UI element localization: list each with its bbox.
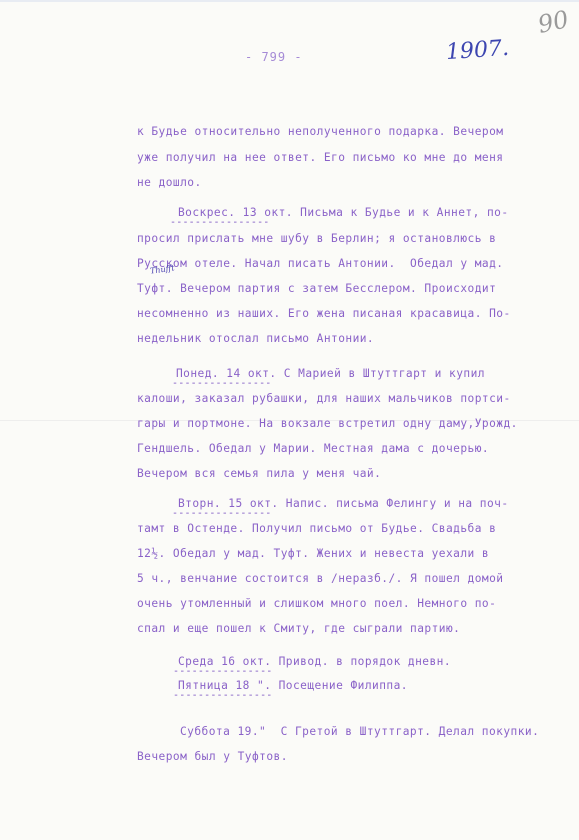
heading-underline: ---------------- [172,508,272,519]
heading-underline: ---------------- [173,666,273,677]
scan-top-edge [0,0,579,2]
text-line: калоши, заказал рубашки, для наших мальч… [137,392,511,405]
text-line: недельник отослал письмо Антонии. [137,332,374,345]
text-line: Вечером вся семья пила у меня чай. [137,467,381,480]
text-line: 12½. Обедал у мад. Туфт. Жених и невеста… [137,547,489,560]
text-line: тамт в Остенде. Получил письмо от Будье.… [137,522,496,535]
text-line: очень утомленный и слишком много поел. Н… [137,597,496,610]
text-line: спал и еще пошел к Смиту, где сыграли па… [137,622,460,635]
text-line: Туфт. Вечером партия с затем Бесслером. … [137,282,496,295]
text-line: Русском отеле. Начал писать Антонии. Обе… [137,257,503,270]
handwritten-annotation: Thufft [149,263,175,275]
text-line: не дошло. [137,176,202,189]
page-number: - 799 - [245,50,303,64]
text-line: просил прислать мне шубу в Берлин; я ост… [137,232,496,245]
handwritten-year: 1907. [445,36,510,65]
text-line: несомненно из наших. Его жена писаная кр… [137,307,511,320]
heading-underline: ---------------- [170,217,270,228]
text-line: к Будье относительно неполученного подар… [137,125,503,138]
archive-folio-number: 90 [535,5,571,39]
heading-underline: ---------------- [173,690,273,701]
text-line: гары и портмоне. На вокзале встретил одн… [137,417,518,430]
text-line: Вечером был у Туфтов. [137,750,288,763]
text-line: Гендшель. Обедал у Марии. Местная дама с… [137,442,489,455]
text-line: уже получил на нее ответ. Его письмо ко … [137,151,503,164]
text-line: 5 ч., венчание состоится в /неразб./. Я … [137,572,503,585]
heading-underline: ---------------- [172,378,272,389]
entry-heading-line: Суббота 19." С Гретой в Штуттгарт. Делал… [180,725,539,738]
